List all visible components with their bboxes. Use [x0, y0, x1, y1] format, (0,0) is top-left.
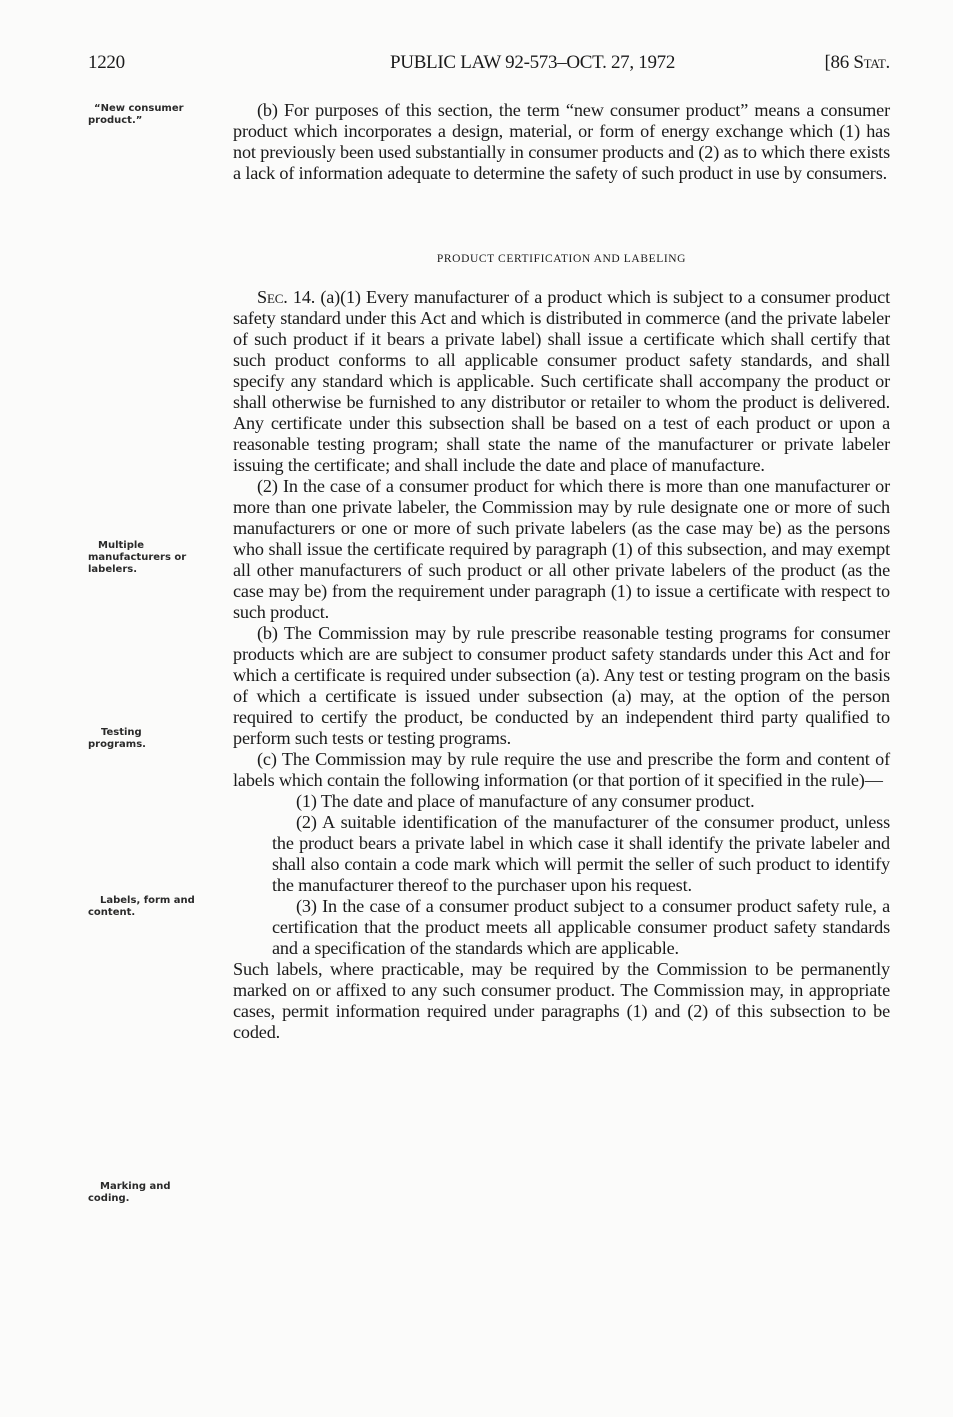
running-title: PUBLIC LAW 92-573–OCT. 27, 1972 [390, 52, 675, 74]
margin-note-testing-programs: Testing programs. [88, 727, 168, 751]
paragraph-text: (b) For purposes of this section, the te… [233, 100, 890, 184]
section-14-c2: (2) A suitable identification of the man… [272, 812, 890, 896]
section-14-marking: Such labels, where practicable, may be r… [233, 959, 890, 1043]
margin-note-new-consumer-product: “New consumer product.” [88, 103, 196, 127]
section-14-c1: (1) The date and place of manufacture of… [272, 791, 890, 812]
section-14-a2: (2) In the case of a consumer product fo… [233, 476, 890, 623]
section-label: Sec. [257, 287, 288, 307]
section-14-a1-text: 14. (a)(1) Every manufacturer of a produ… [233, 287, 890, 475]
section-heading: PRODUCT CERTIFICATION AND LABELING [233, 253, 890, 265]
margin-note-labels-form-content: Labels, form and content. [88, 895, 198, 919]
section-14-a1: Sec. 14. (a)(1) Every manufacturer of a … [233, 287, 890, 476]
section-14-body: Sec. 14. (a)(1) Every manufacturer of a … [233, 287, 890, 1043]
paragraph-b-new-consumer-product-definition: (b) For purposes of this section, the te… [233, 100, 890, 184]
page-header: 1220 PUBLIC LAW 92-573–OCT. 27, 1972 [86… [88, 52, 890, 76]
section-14-c3: (3) In the case of a consumer product su… [272, 896, 890, 959]
margin-note-marking-coding: Marking and coding. [88, 1181, 198, 1205]
statute-volume-number: [86 [825, 52, 854, 73]
section-14-b-testing: (b) The Commission may by rule prescribe… [233, 623, 890, 749]
statute-label: Stat. [853, 52, 890, 73]
page-number: 1220 [88, 52, 125, 74]
statute-volume: [86 Stat. [825, 52, 891, 74]
margin-note-multiple-manufacturers: Multiple manufacturers or labelers. [88, 540, 192, 576]
section-14-c-labels: (c) The Commission may by rule require t… [233, 749, 890, 791]
